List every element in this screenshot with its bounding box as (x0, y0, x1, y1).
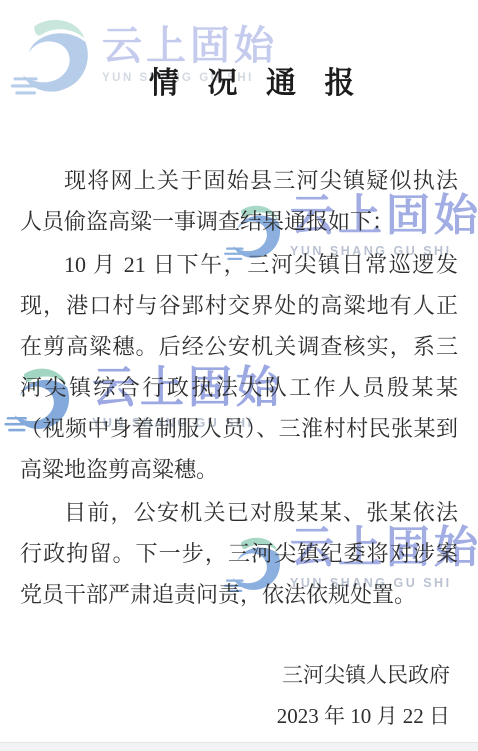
issue-date: 2023 年 10 月 22 日 (0, 696, 450, 737)
notice-body: 现将网上关于固始县三河尖镇疑似执法人员偷盗高粱一事调查结果通报如下： 10 月 … (0, 160, 478, 615)
page-bottom-edge (0, 742, 478, 751)
paragraph-findings: 10 月 21 日下午，三河尖镇日常巡逻发现，港口村与谷郢村交界处的高粱地有人正… (20, 244, 458, 490)
issuer-signature: 三河尖镇人民政府 (0, 655, 450, 696)
notice-page: 云上固始 YUN SHANG GU SHI 云上固始 YUN SHANG GU … (0, 0, 478, 751)
signature-block: 三河尖镇人民政府 2023 年 10 月 22 日 (0, 655, 478, 737)
paragraph-actions: 目前，公安机关已对殷某某、张某依法行政拘留。下一步，三河尖镇纪委将对涉案党员干部… (20, 492, 458, 615)
paragraph-intro: 现将网上关于固始县三河尖镇疑似执法人员偷盗高粱一事调查结果通报如下： (20, 160, 458, 242)
notice-title: 情 况 通 报 (0, 0, 478, 102)
